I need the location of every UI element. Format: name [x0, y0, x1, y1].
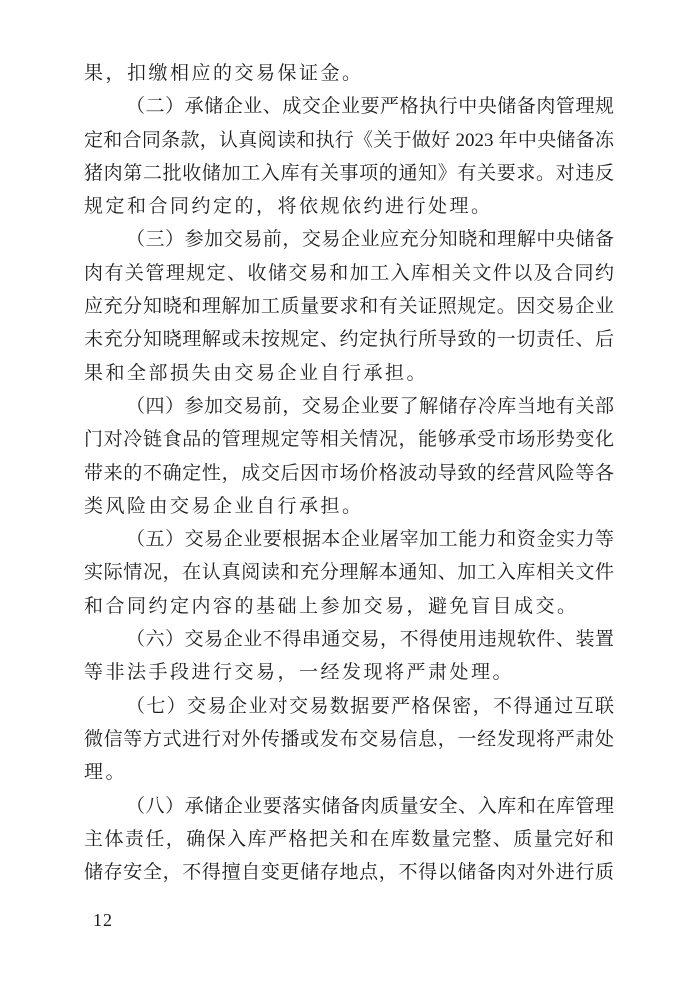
document-line: 理。: [84, 756, 614, 789]
document-line: （二）承储企业、成交企业要严格执行中央储备肉管理规: [84, 90, 614, 123]
document-line: （七）交易企业对交易数据要严格保密，不得通过互联网、: [84, 690, 614, 723]
document-line: （六）交易企业不得串通交易，不得使用违规软件、装置: [84, 623, 614, 656]
document-line: 类风险由交易企业自行承担。: [84, 490, 614, 523]
document-line: 果和全部损失由交易企业自行承担。: [84, 357, 614, 390]
document-page: 果，扣缴相应的交易保证金。 （二）承储企业、成交企业要严格执行中央储备肉管理规 …: [0, 0, 700, 989]
document-line: 微信等方式进行对外传播或发布交易信息，一经发现将严肃处: [84, 723, 614, 756]
document-line: 和合同约定内容的基础上参加交易，避免盲目成交。: [84, 590, 614, 623]
document-line: 定和合同条款，认真阅读和执行《关于做好 2023 年中央储备冻: [84, 124, 614, 157]
document-line: （五）交易企业要根据本企业屠宰加工能力和资金实力等: [84, 523, 614, 556]
document-line: 实际情况，在认真阅读和充分理解本通知、加工入库相关文件: [84, 556, 614, 589]
document-line: 肉有关管理规定、收储交易和加工入库相关文件以及合同约定，: [84, 257, 614, 290]
document-line: （四）参加交易前，交易企业要了解储存冷库当地有关部: [84, 390, 614, 423]
document-line: 规定和合同约定的，将依规依约进行处理。: [84, 190, 614, 223]
document-line: 未充分知晓理解或未按规定、约定执行所导致的一切责任、后: [84, 323, 614, 356]
document-line: 带来的不确定性，成交后因市场价格波动导致的经营风险等各: [84, 457, 614, 490]
document-body: 果，扣缴相应的交易保证金。 （二）承储企业、成交企业要严格执行中央储备肉管理规 …: [84, 57, 614, 889]
document-line: 等非法手段进行交易，一经发现将严肃处理。: [84, 656, 614, 689]
document-line: （三）参加交易前，交易企业应充分知晓和理解中央储备: [84, 223, 614, 256]
page-number: 12: [93, 910, 113, 931]
document-line: 果，扣缴相应的交易保证金。: [84, 57, 614, 90]
document-line: 储存安全，不得擅自变更储存地点，不得以储备肉对外进行质: [84, 856, 614, 889]
document-line: 主体责任，确保入库严格把关和在库数量完整、质量完好和: [84, 823, 614, 856]
document-line: 应充分知晓和理解加工质量要求和有关证照规定。因交易企业: [84, 290, 614, 323]
document-line: （八）承储企业要落实储备肉质量安全、入库和在库管理: [84, 790, 614, 823]
document-line: 门对冷链食品的管理规定等相关情况，能够承受市场形势变化: [84, 423, 614, 456]
document-line: 猪肉第二批收储加工入库有关事项的通知》有关要求。对违反: [84, 157, 614, 190]
